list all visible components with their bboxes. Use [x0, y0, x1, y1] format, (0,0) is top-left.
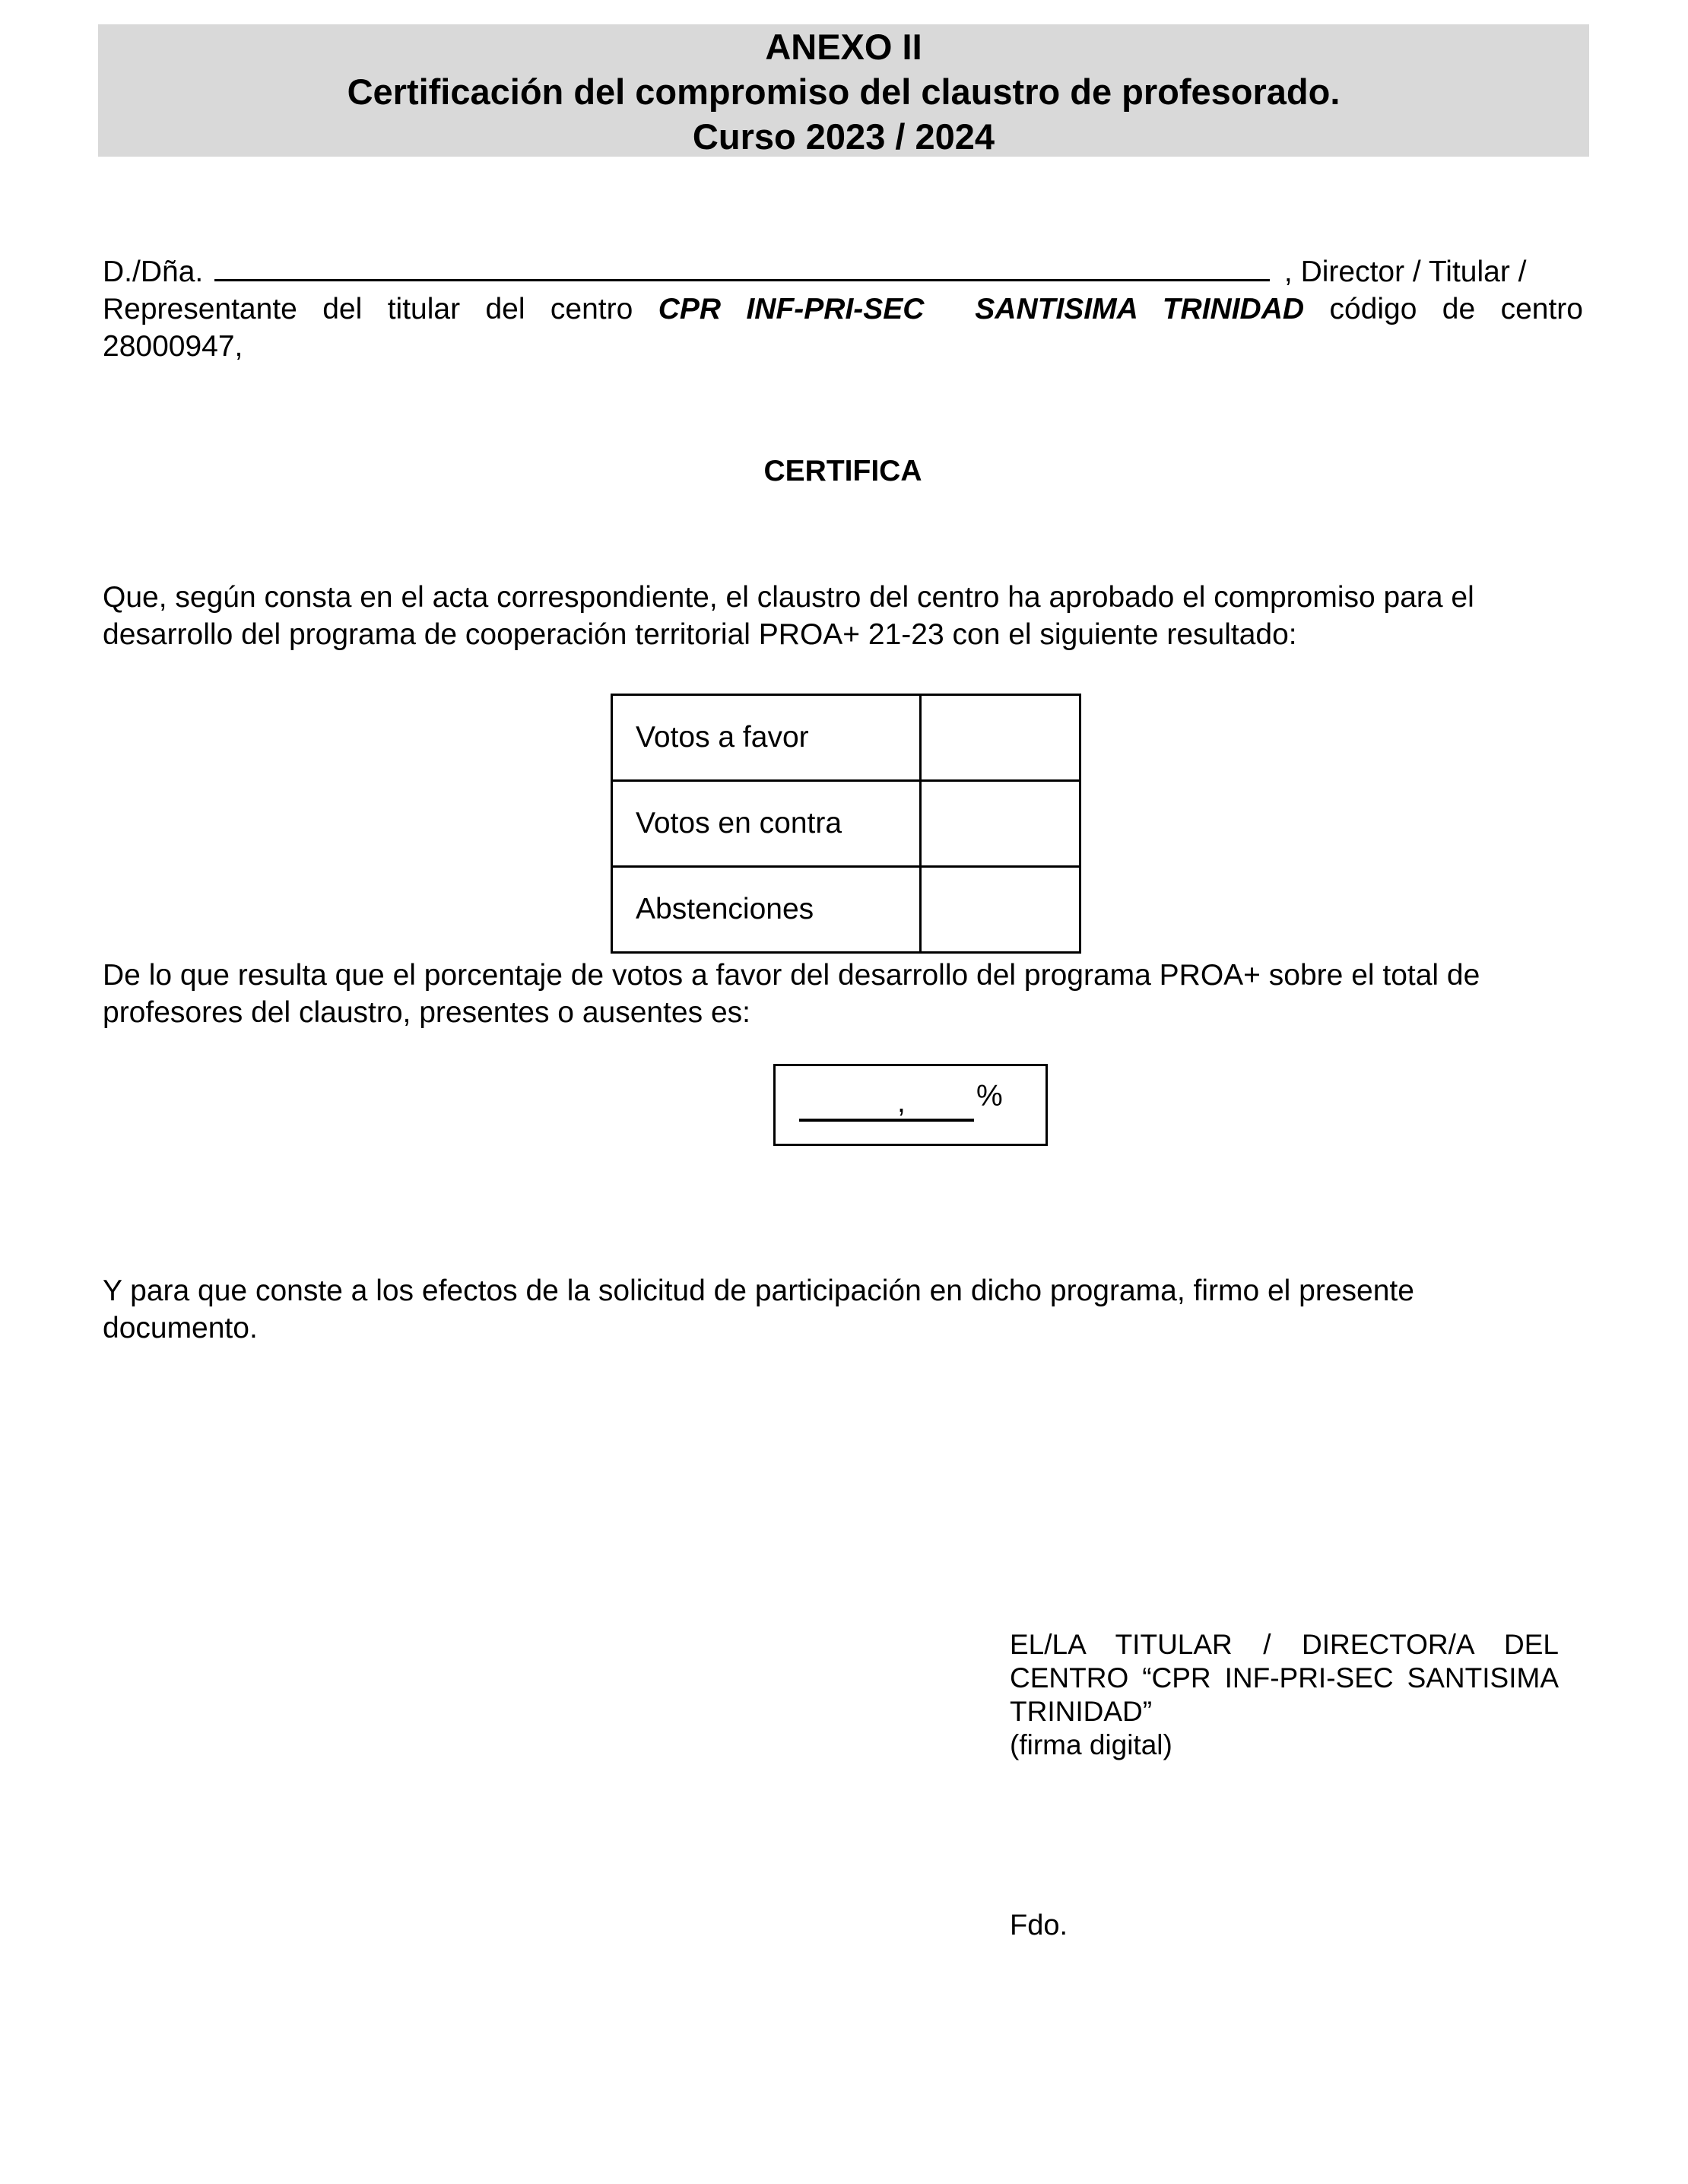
course-year: Curso 2023 / 2024: [98, 114, 1589, 159]
votes-against-label: Votos en contra: [612, 781, 921, 867]
percentage-line-1: De lo que resulta que el porcentaje de v…: [103, 957, 1583, 994]
center-code: 28000947,: [103, 328, 1583, 365]
votes-against-value[interactable]: [921, 781, 1080, 867]
signature-block: EL/LA TITULAR / DIRECTOR/A DEL CENTRO “C…: [1010, 1628, 1559, 1762]
intro-paragraph: D./Dña. , Director / Titular / Represent…: [103, 253, 1583, 365]
table-row: Abstenciones: [612, 867, 1080, 953]
votes-table: Votos a favor Votos en contra Abstencion…: [611, 694, 1081, 954]
table-row: Votos en contra: [612, 781, 1080, 867]
center-name: CPR INF-PRI-SEC SANTISIMA TRINIDAD: [658, 293, 1304, 325]
closing-paragraph: Y para que conste a los efectos de la so…: [103, 1272, 1583, 1347]
signature-digital-note: (firma digital): [1010, 1728, 1559, 1762]
percentage-paragraph: De lo que resulta que el porcentaje de v…: [103, 957, 1583, 1031]
line2-prefix: Representante del titular del centro: [103, 293, 633, 325]
signature-line-1: EL/LA TITULAR / DIRECTOR/A DEL: [1010, 1628, 1559, 1662]
name-prefix: D./Dña.: [103, 256, 203, 288]
intro-line-2: Representante del titular del centro CPR…: [103, 290, 1583, 328]
intro-line-1: D./Dña. , Director / Titular /: [103, 253, 1583, 290]
signed-label: Fdo.: [1010, 1909, 1068, 1942]
statement-line-1: Que, según consta en el acta correspondi…: [103, 579, 1583, 616]
certifica-heading: CERTIFICA: [103, 452, 1583, 490]
role-suffix: , Director / Titular /: [1284, 256, 1527, 288]
abstentions-value[interactable]: [921, 867, 1080, 953]
statement-line-2: desarrollo del programa de cooperación t…: [103, 616, 1583, 653]
signature-line-3: TRINIDAD”: [1010, 1695, 1559, 1728]
closing-line-2: documento.: [103, 1309, 1583, 1347]
percentage-box: , %: [773, 1064, 1048, 1146]
line2-suffix: código de centro: [1329, 293, 1583, 325]
annex-header: ANEXO II Certificación del compromiso de…: [98, 24, 1589, 157]
closing-line-1: Y para que conste a los efectos de la so…: [103, 1272, 1583, 1309]
annex-number: ANEXO II: [98, 24, 1589, 69]
statement-paragraph: Que, según consta en el acta correspondi…: [103, 579, 1583, 653]
percentage-line-2: profesores del claustro, presentes o aus…: [103, 994, 1583, 1031]
abstentions-label: Abstenciones: [612, 867, 921, 953]
director-name-field[interactable]: [214, 256, 1270, 281]
signature-line-2: CENTRO “CPR INF-PRI-SEC SANTISIMA: [1010, 1662, 1559, 1695]
votes-for-label: Votos a favor: [612, 695, 921, 781]
percentage-fill-line[interactable]: [799, 1119, 974, 1122]
percent-sign: %: [976, 1081, 1003, 1112]
document-title: Certificación del compromiso del claustr…: [98, 69, 1589, 114]
votes-for-value[interactable]: [921, 695, 1080, 781]
table-row: Votos a favor: [612, 695, 1080, 781]
decimal-separator: ,: [897, 1087, 906, 1118]
